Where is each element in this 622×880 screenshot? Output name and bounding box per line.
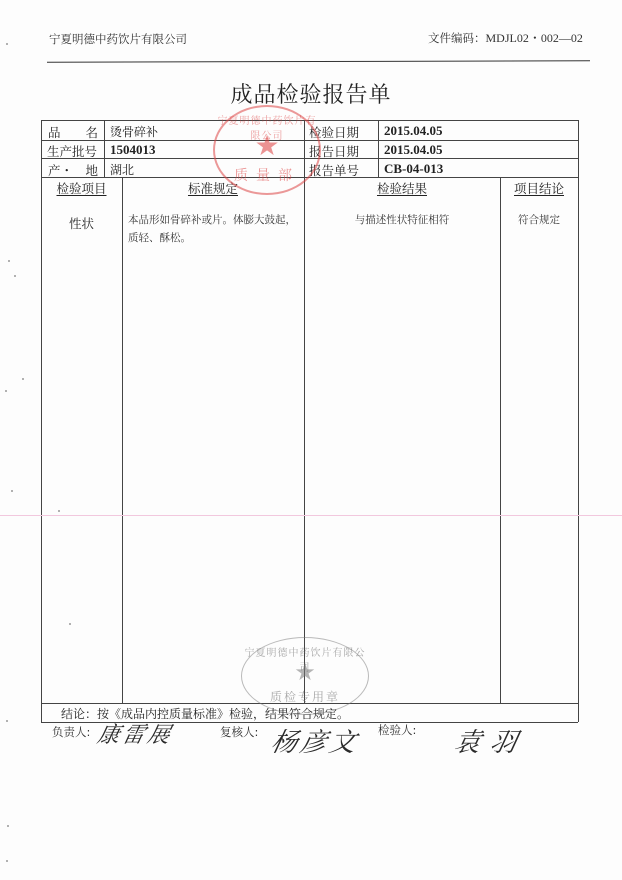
speck — [5, 390, 7, 392]
file-code: 文件编码：MDJL02・002—02 — [428, 29, 583, 46]
header-divider — [47, 60, 590, 62]
product-name-value: 烫骨碎补 — [110, 123, 158, 140]
reviewer-label: 复核人: — [220, 724, 258, 740]
inspect-date-label: 检验日期 — [309, 123, 359, 141]
speck — [8, 260, 10, 262]
table-border-left — [41, 120, 42, 722]
stamp-company-text: 宁夏明德中药饮片有限公司 — [242, 644, 368, 674]
report-no-value: CB-04-013 — [384, 161, 443, 177]
speck — [14, 275, 16, 277]
origin-value: 湖北 — [110, 161, 134, 178]
responsible-label: 负责人: — [52, 724, 90, 740]
row-standard: 本品形如骨碎补或片。体膨大鼓起，质轻、酥松。 — [128, 211, 300, 247]
speck — [6, 860, 8, 862]
inspector-signature: 袁羽 — [451, 722, 531, 759]
scan-artifact-line — [0, 515, 622, 516]
speck — [6, 720, 8, 722]
speck — [69, 623, 71, 625]
table-col-divider — [122, 177, 123, 703]
file-code-value: MDJL02・002—02 — [486, 31, 583, 45]
responsible-signature: 康雷展 — [95, 718, 177, 749]
table-border-top — [41, 120, 578, 121]
report-no-label: 报告单号 — [309, 161, 359, 179]
column-header-result: 检验结果 — [304, 179, 500, 197]
column-header-item: 检验项目 — [41, 179, 122, 197]
star-icon: ★ — [242, 658, 368, 686]
company-name: 宁夏明德中药饮片有限公司 — [49, 31, 187, 47]
table-col-divider — [104, 120, 105, 177]
table-col-divider — [378, 120, 379, 177]
batch-value: 1504013 — [110, 142, 156, 158]
document-title: 成品检验报告单 — [0, 78, 622, 109]
table-border-right — [578, 120, 579, 722]
table-col-divider — [304, 177, 305, 703]
speck — [58, 510, 60, 512]
report-date-value: 2015.04.05 — [384, 142, 443, 158]
row-result: 与描述性状特征相符 — [304, 211, 500, 229]
speck — [11, 490, 13, 492]
product-name-label: 品 名 — [48, 123, 100, 141]
table-col-divider — [304, 120, 305, 177]
batch-label: 生产批号 — [47, 142, 97, 160]
speck — [7, 825, 9, 827]
row-item: 性状 — [41, 214, 122, 232]
speck — [6, 43, 8, 45]
inspector-label: 检验人: — [378, 722, 416, 738]
row-conclusion: 符合规定 — [500, 211, 578, 229]
inspect-date-value: 2015.04.05 — [384, 123, 443, 139]
report-date-label: 报告日期 — [309, 142, 359, 160]
file-code-label: 文件编码： — [428, 31, 486, 45]
speck — [22, 378, 24, 380]
origin-label: 产・ 地 — [48, 161, 98, 179]
reviewer-signature: 杨彦文 — [268, 722, 363, 759]
column-header-conclusion: 项目结论 — [500, 179, 578, 197]
table-row-divider — [41, 703, 578, 704]
column-header-standard: 标准规定 — [122, 179, 304, 197]
table-col-divider — [500, 177, 501, 703]
